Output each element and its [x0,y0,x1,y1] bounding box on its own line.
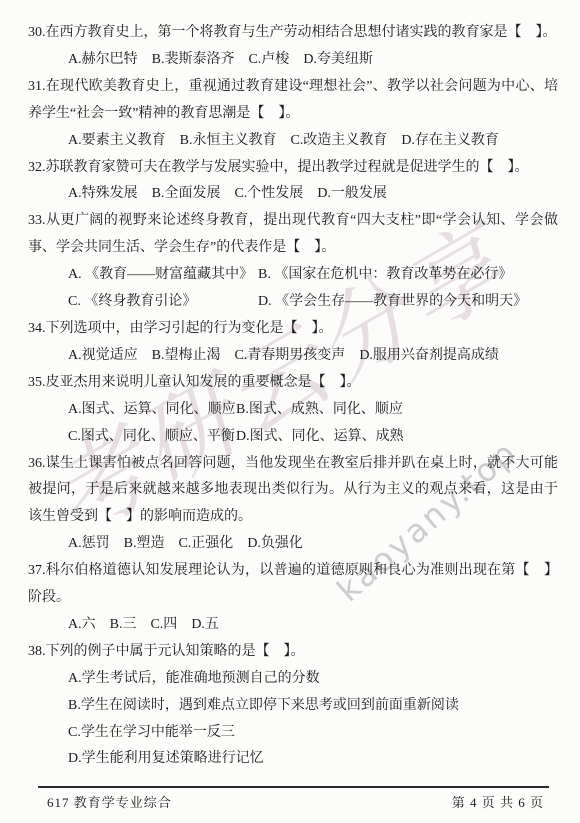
footer-subject-code: 617 教育学专业综合 [47,792,172,811]
question-stem: 31.在现代欧美教育史上，重视通过教育建设“理想社会”、教学以社会问题为中心、培… [28,74,558,128]
option: C.学生在学习中能举一反三 [68,720,558,747]
option: A.惩罚 [68,536,110,551]
question-block-33: 33.从更广阔的视野来论述终身教育，提出现代教育“四大支柱”即“学会认知、学会做… [28,208,558,316]
question-option-row: C.图式、同化、顺应、平衡D.图式、同化、运算、成熟 [28,424,558,451]
option: B.望梅止渴 [152,348,221,363]
question-stem: 36.谋生上课害怕被点名回答问题，当他发现坐在教室后排并趴在桌上时，就不大可能被… [28,451,558,532]
question-options: A.要素主义教育B.永恒主义教育C.改造主义教育D.存在主义教育 [28,128,558,155]
option: C.四 [150,617,177,632]
option: D.负强化 [247,536,303,551]
option: B.塑造 [124,536,165,551]
question-option-row: A.图式、运算、同化、顺应B.图式、成熟、同化、顺应 [28,397,558,424]
option: C. 《终身教育引论》 [68,289,258,316]
option: A.六 [68,617,96,632]
question-block-31: 31.在现代欧美教育史上，重视通过教育建设“理想社会”、教学以社会问题为中心、培… [28,74,558,155]
option: B.图式、成熟、同化、顺应 [236,397,403,424]
option: C.正强化 [178,536,233,551]
question-stem: 33.从更广阔的视野来论述终身教育，提出现代教育“四大支柱”即“学会认知、学会做… [28,208,558,262]
footer-page-number: 第 4 页 共 6 页 [452,792,544,811]
option: D.夸美纽斯 [303,52,373,67]
exam-questions: 30.在西方教育史上，第一个将教育与生产劳动相结合思想付诸实践的教育家是【 】。… [28,20,558,773]
option: B.全面发展 [152,186,221,201]
option: A.视觉适应 [68,348,138,363]
option: B.三 [110,617,137,632]
question-options: A.视觉适应B.望梅止渴C.青春期男孩变声D.服用兴奋剂提高成绩 [28,343,558,370]
question-options: A.特殊发展B.全面发展C.个性发展D.一般发展 [28,181,558,208]
option: B. 《国家在危机中：教育改革势在必行》 [258,262,512,289]
footer-divider [38,786,549,788]
question-stem: 32.苏联教育家赞可夫在教学与发展实验中，提出教学过程就是促进学生的【 】。 [28,155,558,182]
question-options: A.六B.三C.四D.五 [28,612,558,639]
question-stem: 30.在西方教育史上，第一个将教育与生产劳动相结合思想付诸实践的教育家是【 】。 [28,20,558,47]
question-block-34: 34.下列选项中，由学习引起的行为变化是【 】。A.视觉适应B.望梅止渴C.青春… [28,316,558,370]
option: D. 《学会生存——教育世界的今天和明天》 [258,289,527,316]
option: A.学生考试后，能准确地预测自己的分数 [68,666,558,693]
option: D.一般发展 [317,186,387,201]
option: C.卢梭 [248,52,289,67]
question-stem: 35.皮亚杰用来说明儿童认知发展的重要概念是【 】。 [28,370,558,397]
option: A.要素主义教育 [68,133,166,148]
question-stem: 34.下列选项中，由学习引起的行为变化是【 】。 [28,316,558,343]
question-option-row: A. 《教育——财富蕴藏其中》B. 《国家在危机中：教育改革势在必行》 [28,262,558,289]
option: A.图式、运算、同化、顺应 [68,397,236,424]
option: A.赫尔巴特 [68,52,138,67]
option: C.个性发展 [234,186,303,201]
question-block-38: 38.下列的例子中属于元认知策略的是【 】。A.学生考试后，能准确地预测自己的分… [28,639,558,774]
question-options: A.学生考试后，能准确地预测自己的分数B.学生在阅读时，遇到难点立即停下来思考或… [28,666,558,774]
option: A. 《教育——财富蕴藏其中》 [68,262,258,289]
question-block-32: 32.苏联教育家赞可夫在教学与发展实验中，提出教学过程就是促进学生的【 】。A.… [28,155,558,209]
option: D.存在主义教育 [401,133,499,148]
question-block-30: 30.在西方教育史上，第一个将教育与生产劳动相结合思想付诸实践的教育家是【 】。… [28,20,558,74]
question-block-35: 35.皮亚杰用来说明儿童认知发展的重要概念是【 】。A.图式、运算、同化、顺应B… [28,370,558,451]
question-options: A.惩罚B.塑造C.正强化D.负强化 [28,531,558,558]
question-block-36: 36.谋生上课害怕被点名回答问题，当他发现坐在教室后排并趴在桌上时，就不大可能被… [28,451,558,559]
option: B.学生在阅读时，遇到难点立即停下来思考或回到前面重新阅读 [68,693,558,720]
option: D.五 [191,617,219,632]
option: C.图式、同化、顺应、平衡 [68,424,236,451]
question-stem: 38.下列的例子中属于元认知策略的是【 】。 [28,639,558,666]
question-block-37: 37.科尔伯格道德认知发展理论认为，以普遍的道德原则和良心为准则出现在第【 】阶… [28,558,558,639]
option: C.改造主义教育 [290,133,387,148]
option: D.图式、同化、运算、成熟 [236,424,404,451]
option: B.裴斯泰洛齐 [152,52,235,67]
option: D.学生能利用复述策略进行记忆 [68,746,558,773]
option: B.永恒主义教育 [180,133,277,148]
option: D.服用兴奋剂提高成绩 [359,348,499,363]
question-options: A.赫尔巴特B.裴斯泰洛齐C.卢梭D.夸美纽斯 [28,47,558,74]
question-stem: 37.科尔伯格道德认知发展理论认为，以普遍的道德原则和良心为准则出现在第【 】阶… [28,558,558,612]
question-option-row: C. 《终身教育引论》D. 《学会生存——教育世界的今天和明天》 [28,289,558,316]
option: C.青春期男孩变声 [234,348,345,363]
option: A.特殊发展 [68,186,138,201]
